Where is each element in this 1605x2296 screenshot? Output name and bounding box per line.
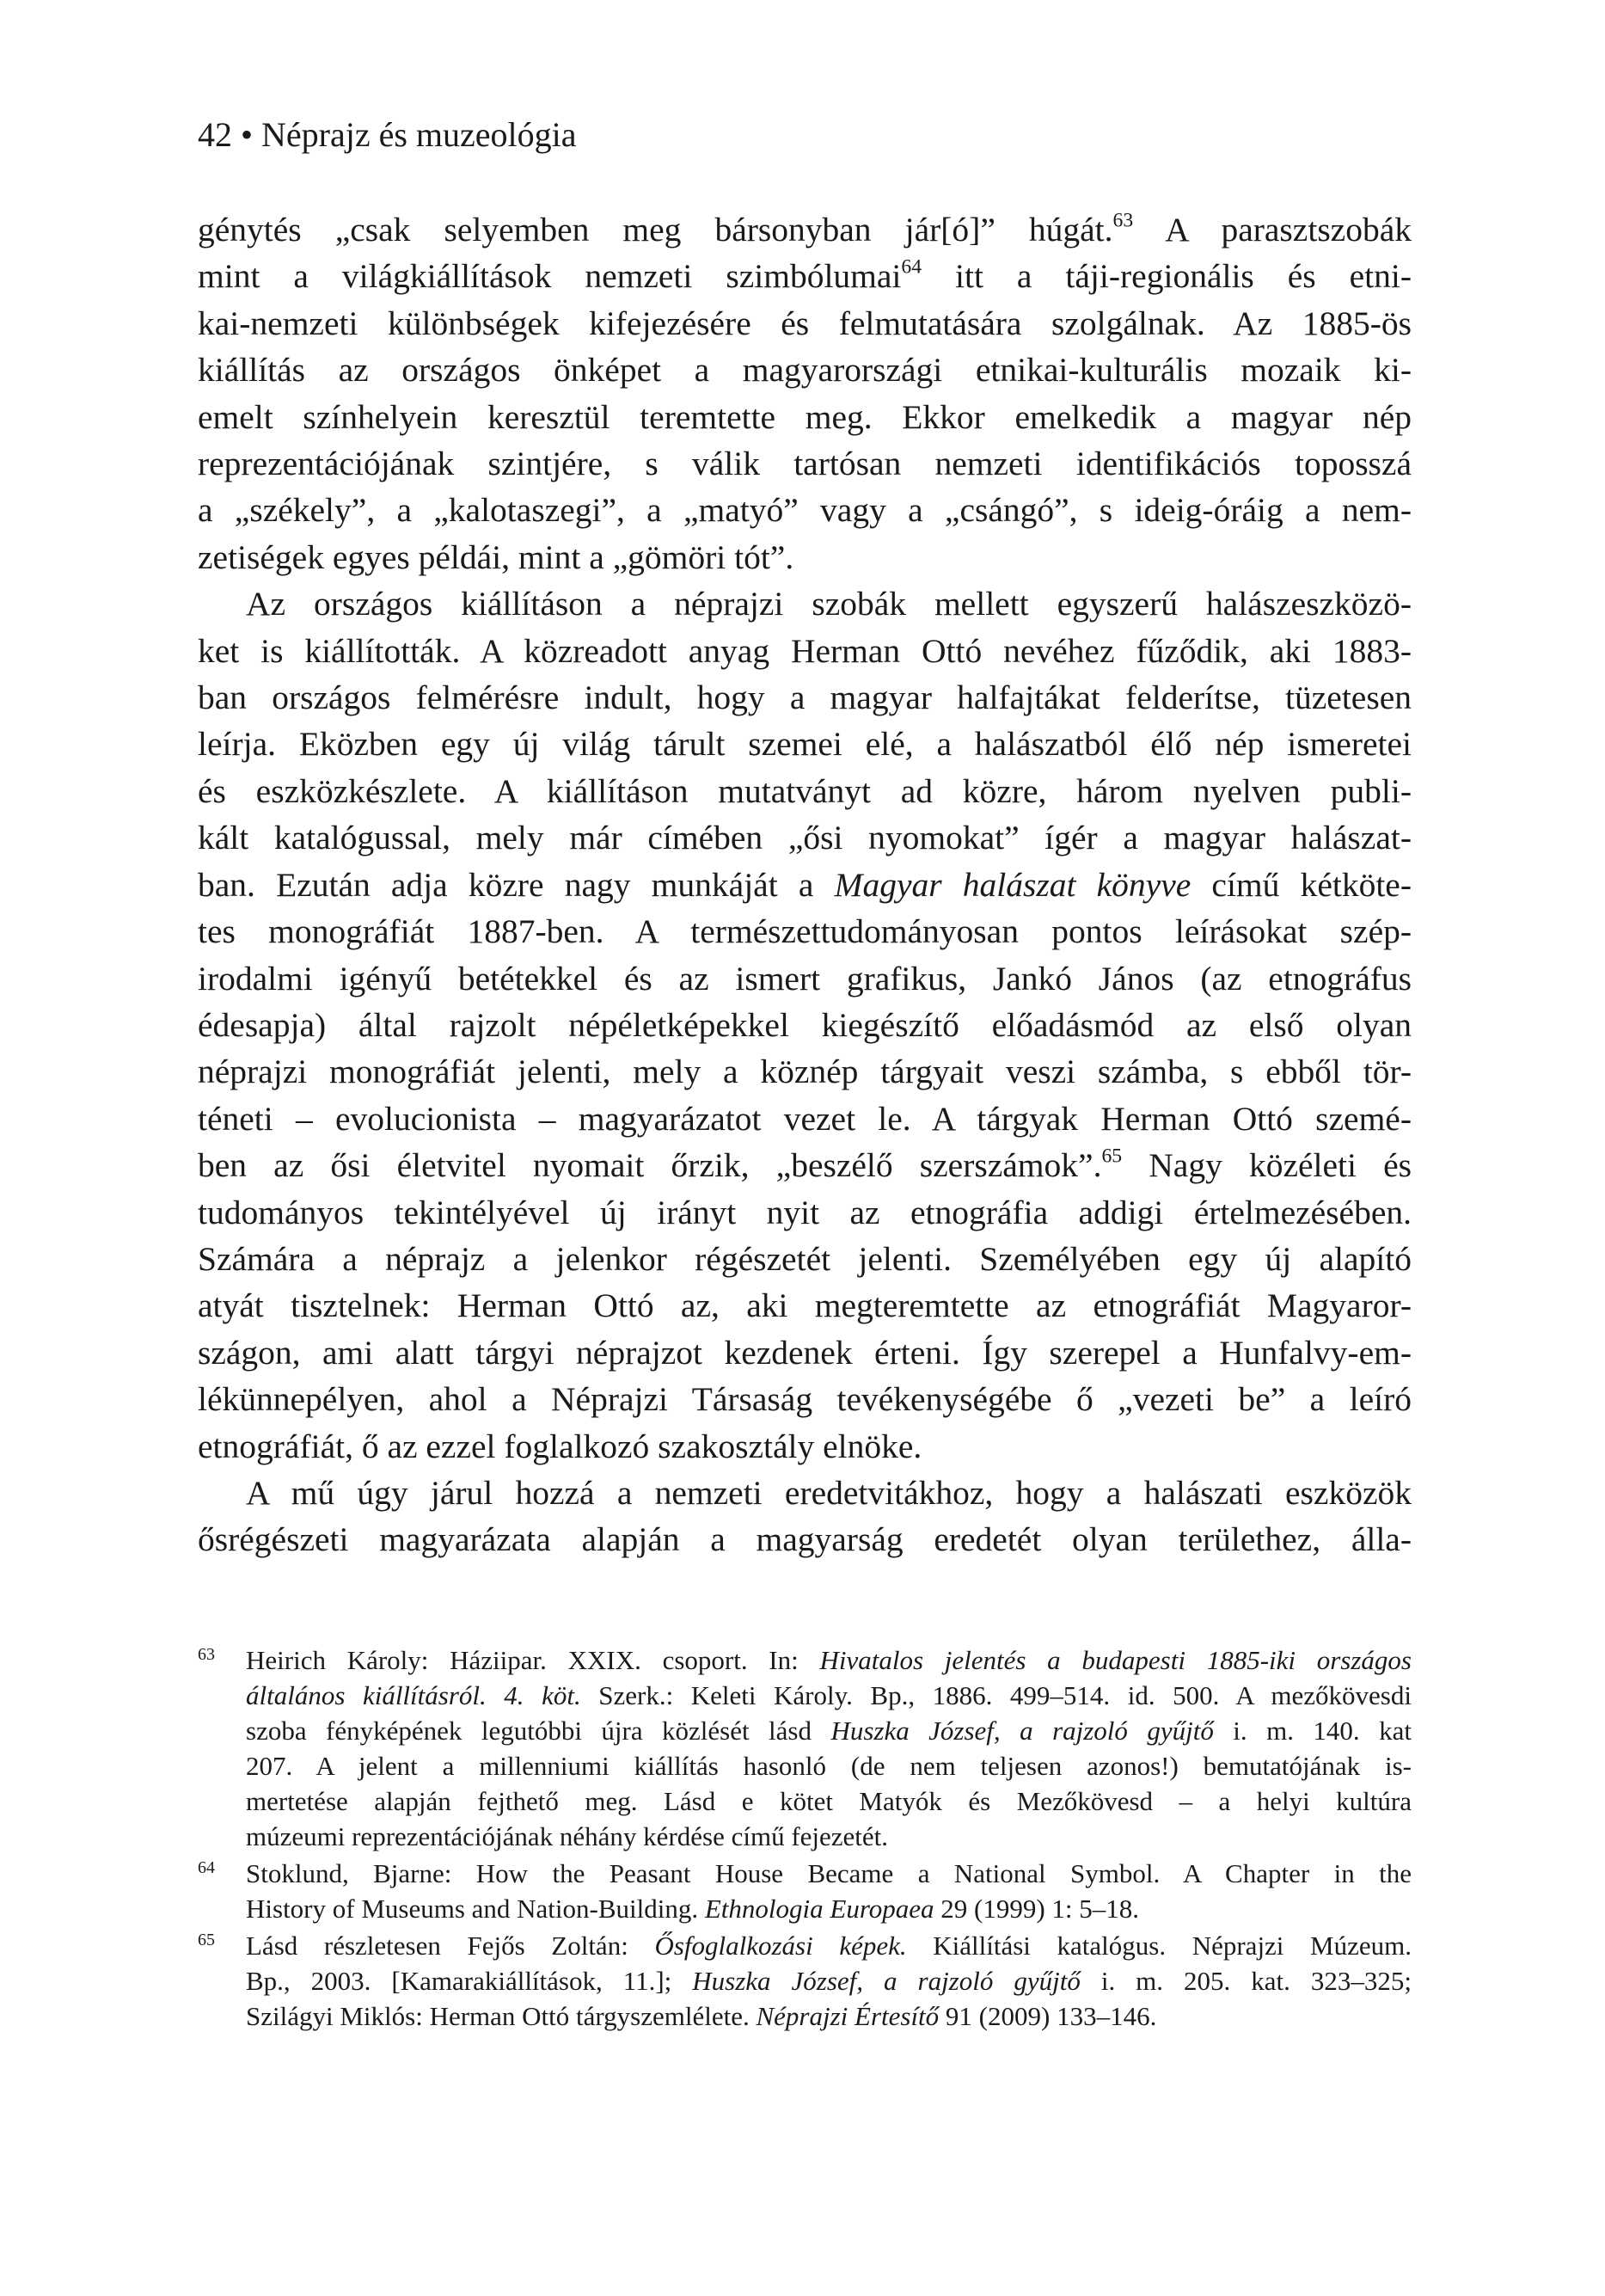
footnote-number: 65 xyxy=(198,1923,215,1958)
footnote-reference[interactable]: 63 xyxy=(1113,209,1134,231)
text-line: Az országos kiállításon a néprajzi szobá… xyxy=(198,580,1412,627)
page-number: 42 xyxy=(198,115,232,154)
footnotes: 63Heirich Károly: Háziipar. XXIX. csopor… xyxy=(198,1642,1412,2035)
text-line: kai-nemzeti különbségek kifejezésére és … xyxy=(198,300,1412,347)
text-run: 91 (2009) 133–146. xyxy=(939,2001,1156,2031)
text-line: Számára a néprajz a jelenkor régészetét … xyxy=(198,1236,1412,1282)
text-line: irodalmi igényű betétekkel és az ismert … xyxy=(198,955,1412,1002)
text-line: etnográfiát, ő az ezzel foglalkozó szako… xyxy=(198,1423,1412,1470)
text-run: téneti – evolucionista – magyarázatot ve… xyxy=(198,1100,1412,1138)
text-run: szoba fényképének legutóbbi újra közlésé… xyxy=(246,1716,830,1746)
footnote-line: Heirich Károly: Háziipar. XXIX. csoport.… xyxy=(246,1642,1412,1678)
text-run: emelt színhelyein keresztül teremtette m… xyxy=(198,398,1412,436)
text-run: leírja. Eközben egy új világ tárult szem… xyxy=(198,725,1412,763)
text-line: ban. Ezután adja közre nagy munkáját a M… xyxy=(198,862,1412,908)
body-text: génytés „csak selyemben meg bársonyban j… xyxy=(198,206,1412,1563)
text-line: emelt színhelyein keresztül teremtette m… xyxy=(198,394,1412,440)
text-line: mint a világkiállítások nemzeti szimbólu… xyxy=(198,253,1412,299)
text-line: atyát tisztelnek: Herman Ottó az, aki me… xyxy=(198,1282,1412,1329)
text-run: Stoklund, Bjarne: How the Peasant House … xyxy=(246,1858,1412,1888)
italic-title: Huszka József, a rajzoló gyűjtő xyxy=(830,1716,1213,1746)
text-run: Kiállítási katalógus. Néprajzi Múzeum. xyxy=(907,1931,1412,1961)
text-run: múzeumi reprezentációjának néhány kérdés… xyxy=(246,1821,888,1851)
text-run: kált katalógussal, mely már címében „ősi… xyxy=(198,819,1412,856)
footnote-63: 63Heirich Károly: Háziipar. XXIX. csopor… xyxy=(198,1642,1412,1854)
text-run: Lásd részletesen Fejős Zoltán: xyxy=(246,1931,654,1961)
text-run: édesapja) által rajzolt népéletképekkel … xyxy=(198,1006,1412,1044)
text-run: mint a világkiállítások nemzeti szimbólu… xyxy=(198,257,901,295)
text-run: és eszközkészlete. A kiállításon mutatvá… xyxy=(198,772,1412,810)
italic-title: Huszka József, a rajzoló gyűjtő xyxy=(692,1966,1081,1996)
text-run: i. m. 205. kat. 323–325; xyxy=(1081,1966,1412,1996)
text-run: lékünnepélyen, ahol a Néprajzi Társaság … xyxy=(198,1380,1412,1418)
text-run: Szerk.: Keleti Károly. Bp., 1886. 499–51… xyxy=(581,1680,1412,1710)
text-run: néprajzi monográfiát jelenti, mely a köz… xyxy=(198,1053,1412,1090)
italic-title: Magyar halászat könyve xyxy=(835,866,1191,904)
footnote-reference[interactable]: 65 xyxy=(1101,1145,1122,1168)
text-line: zetiségek egyes példái, mint a „gömöri t… xyxy=(198,534,1412,580)
text-run: ket is kiállították. A közreadott anyag … xyxy=(198,632,1412,670)
text-run: zetiségek egyes példái, mint a „gömöri t… xyxy=(198,538,793,576)
running-header: 42 • Néprajz és muzeológia xyxy=(198,114,577,157)
italic-title: Hivatalos jelentés a budapesti 1885-iki … xyxy=(819,1645,1412,1675)
text-run: kiállítás az országos önképet a magyaror… xyxy=(198,351,1412,389)
text-run: A mű úgy járul hozzá a nemzeti eredetvit… xyxy=(246,1474,1412,1512)
text-run: A parasztszobák xyxy=(1133,211,1412,249)
paragraph: génytés „csak selyemben meg bársonyban j… xyxy=(198,206,1412,580)
text-line: ősrégészeti magyarázata alapján a magyar… xyxy=(198,1516,1412,1562)
text-line: génytés „csak selyemben meg bársonyban j… xyxy=(198,206,1412,253)
text-run: i. m. 140. kat xyxy=(1214,1716,1412,1746)
text-line: ben az ősi életvitel nyomait őrzik, „bes… xyxy=(198,1142,1412,1188)
footnote-line: mertetése alapján fejthető meg. Lásd e k… xyxy=(246,1783,1412,1819)
italic-title: Ethnologia Europaea xyxy=(705,1894,934,1924)
text-run: irodalmi igényű betétekkel és az ismert … xyxy=(198,960,1412,998)
text-run: 29 (1999) 1: 5–18. xyxy=(934,1894,1140,1924)
text-run: génytés „csak selyemben meg bársonyban j… xyxy=(198,211,1113,249)
footnote-line: Bp., 2003. [Kamarakiállítások, 11.]; Hus… xyxy=(246,1963,1412,1998)
paragraph: Az országos kiállításon a néprajzi szobá… xyxy=(198,580,1412,1470)
footnote-line: szoba fényképének legutóbbi újra közlésé… xyxy=(246,1713,1412,1748)
text-run: szágon, ami alatt tárgyi néprajzot kezde… xyxy=(198,1334,1412,1372)
text-line: leírja. Eközben egy új világ tárult szem… xyxy=(198,721,1412,767)
text-run: reprezentációjának szintjére, s válik ta… xyxy=(198,445,1412,482)
footnote-line: Stoklund, Bjarne: How the Peasant House … xyxy=(246,1856,1412,1891)
text-run: tudományos tekintélyével új irányt nyit … xyxy=(198,1194,1412,1231)
text-run: Nagy közéleti és xyxy=(1122,1146,1412,1184)
text-line: lékünnepélyen, ahol a Néprajzi Társaság … xyxy=(198,1376,1412,1422)
text-run: atyát tisztelnek: Herman Ottó az, aki me… xyxy=(198,1286,1412,1324)
footnote-reference[interactable]: 64 xyxy=(901,256,922,279)
text-line: édesapja) által rajzolt népéletképekkel … xyxy=(198,1002,1412,1048)
italic-title: Néprajzi Értesítő xyxy=(756,2001,939,2031)
footnote-number: 64 xyxy=(198,1851,215,1886)
text-run: itt a táji-regionális és etni- xyxy=(922,257,1412,295)
text-run: etnográfiát, ő az ezzel foglalkozó szako… xyxy=(198,1427,922,1465)
text-run: című kétköte- xyxy=(1191,866,1412,904)
text-line: tudományos tekintélyével új irányt nyit … xyxy=(198,1189,1412,1236)
text-run: ben az ősi életvitel nyomait őrzik, „bes… xyxy=(198,1146,1101,1184)
footnote-64: 64Stoklund, Bjarne: How the Peasant Hous… xyxy=(198,1856,1412,1926)
text-run: History of Museums and Nation-Building. xyxy=(246,1894,705,1924)
footnote-line: History of Museums and Nation-Building. … xyxy=(246,1891,1412,1926)
text-run: tes monográfiát 1887-ben. A természettud… xyxy=(198,912,1412,950)
text-run: mertetése alapján fejthető meg. Lásd e k… xyxy=(246,1786,1412,1816)
footnote-line: 207. A jelent a millenniumi kiállítás ha… xyxy=(246,1748,1412,1783)
text-line: reprezentációjának szintjére, s válik ta… xyxy=(198,440,1412,487)
footnote-line: általános kiállításról. 4. köt. Szerk.: … xyxy=(246,1678,1412,1713)
text-line: és eszközkészlete. A kiállításon mutatvá… xyxy=(198,768,1412,814)
text-run: Az országos kiállításon a néprajzi szobá… xyxy=(246,585,1412,623)
text-run: ban országos felmérésre indult, hogy a m… xyxy=(198,678,1412,716)
text-line: A mű úgy járul hozzá a nemzeti eredetvit… xyxy=(198,1470,1412,1516)
text-run: Bp., 2003. [Kamarakiállítások, 11.]; xyxy=(246,1966,692,1996)
paragraph: A mű úgy járul hozzá a nemzeti eredetvit… xyxy=(198,1470,1412,1563)
text-line: néprajzi monográfiát jelenti, mely a köz… xyxy=(198,1048,1412,1095)
text-run: Heirich Károly: Háziipar. XXIX. csoport.… xyxy=(246,1645,819,1675)
footnote-line: Lásd részletesen Fejős Zoltán: Ősfoglalk… xyxy=(246,1928,1412,1963)
text-run: ősrégészeti magyarázata alapján a magyar… xyxy=(198,1520,1412,1558)
text-line: ket is kiállították. A közreadott anyag … xyxy=(198,628,1412,674)
text-run: 207. A jelent a millenniumi kiállítás ha… xyxy=(246,1751,1412,1781)
text-run: Számára a néprajz a jelenkor régészetét … xyxy=(198,1240,1412,1278)
text-line: ban országos felmérésre indult, hogy a m… xyxy=(198,674,1412,721)
text-run: kai-nemzeti különbségek kifejezésére és … xyxy=(198,304,1412,342)
footnote-number: 63 xyxy=(198,1637,215,1673)
footnote-65: 65Lásd részletesen Fejős Zoltán: Ősfogla… xyxy=(198,1928,1412,2034)
text-run: Szilágyi Miklós: Herman Ottó tárgyszemlé… xyxy=(246,2001,756,2031)
bullet-separator: • xyxy=(241,115,253,154)
italic-title: általános kiállításról. 4. köt. xyxy=(246,1680,581,1710)
text-line: szágon, ami alatt tárgyi néprajzot kezde… xyxy=(198,1329,1412,1376)
text-line: tes monográfiát 1887-ben. A természettud… xyxy=(198,908,1412,955)
footnote-line: múzeumi reprezentációjának néhány kérdés… xyxy=(246,1819,1412,1854)
text-run: a „székely”, a „kalotaszegi”, a „matyó” … xyxy=(198,491,1412,529)
text-line: kált katalógussal, mely már címében „ősi… xyxy=(198,814,1412,861)
text-line: a „székely”, a „kalotaszegi”, a „matyó” … xyxy=(198,487,1412,533)
text-line: téneti – evolucionista – magyarázatot ve… xyxy=(198,1096,1412,1142)
text-run: ban. Ezután adja közre nagy munkáját a xyxy=(198,866,835,904)
text-line: kiállítás az országos önképet a magyaror… xyxy=(198,347,1412,393)
footnote-line: Szilágyi Miklós: Herman Ottó tárgyszemlé… xyxy=(246,1998,1412,2034)
italic-title: Ősfoglalkozási képek. xyxy=(654,1931,906,1961)
running-title: Néprajz és muzeológia xyxy=(261,115,577,154)
